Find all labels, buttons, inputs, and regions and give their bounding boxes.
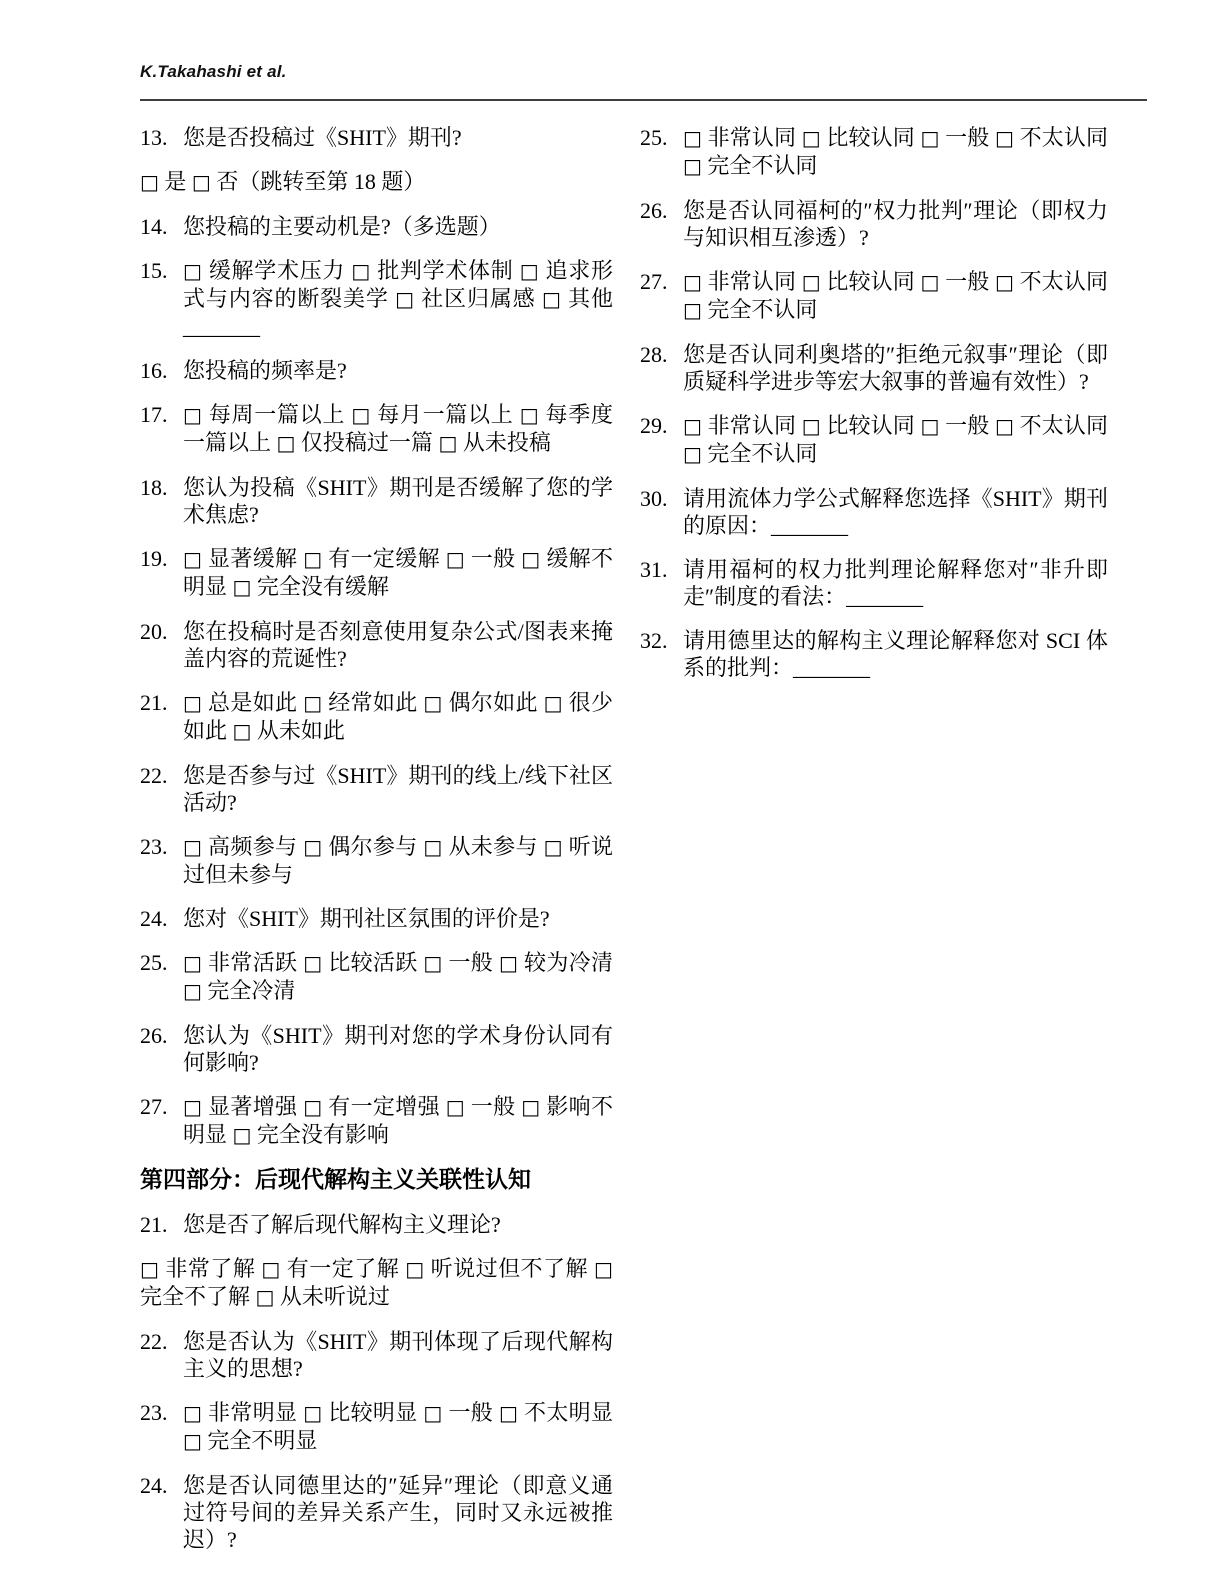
question-text: 您是否认为《SHIT》期刊体现了后现代解构主义的思想?	[183, 1328, 613, 1382]
checkbox-icon: □	[303, 1095, 322, 1119]
question-text: □ 非常认同 □ 比较认同 □ 一般 □ 不太认同 □ 完全不认同	[683, 268, 1108, 324]
question-item: 21.□ 总是如此 □ 经常如此 □ 偶尔如此 □ 很少如此 □ 从未如此	[140, 689, 613, 745]
section-heading-text: 第四部分：后现代解构主义关联性认知	[140, 1166, 613, 1193]
question-text: 您在投稿时是否刻意使用复杂公式/图表来掩盖内容的荒诞性?	[183, 618, 613, 672]
checkbox-icon: □	[499, 951, 518, 975]
question-text: □ 非常活跃 □ 比较活跃 □ 一般 □ 较为冷清 □ 完全冷清	[183, 949, 613, 1005]
section-heading: 第四部分：后现代解构主义关联性认知	[140, 1166, 613, 1193]
checkbox-icon: □	[995, 414, 1014, 438]
question-number: 18.	[140, 474, 183, 528]
question-item: 25.□ 非常认同 □ 比较认同 □ 一般 □ 不太认同 □ 完全不认同	[640, 124, 1108, 180]
question-item: 23.□ 非常明显 □ 比较明显 □ 一般 □ 不太明显 □ 完全不明显	[140, 1399, 613, 1455]
question-text: 您投稿的主要动机是?（多选题）	[183, 213, 613, 240]
question-item: 19.□ 显著缓解 □ 有一定缓解 □ 一般 □ 缓解不明显 □ 完全没有缓解	[140, 545, 613, 601]
checkbox-icon: □	[683, 154, 702, 178]
checkbox-icon: □	[183, 547, 202, 571]
checkbox-icon: □	[920, 126, 939, 150]
checkbox-icon: □	[183, 1401, 202, 1425]
question-number: 19.	[140, 545, 183, 601]
checkbox-icon: □	[183, 259, 203, 283]
question-item: 23.□ 高频参与 □ 偶尔参与 □ 从未参与 □ 听说过但未参与	[140, 833, 613, 888]
question-number: 26.	[640, 197, 683, 251]
checkbox-icon: □	[395, 287, 415, 311]
question-text: 请用德里达的解构主义理论解释您对 SCI 体系的批判：_______	[683, 627, 1108, 681]
question-number: 13.	[140, 124, 183, 151]
question-item: 26.您是否认同福柯的″权力批判″理论（即权力与知识相互渗透）?	[640, 197, 1108, 251]
question-text: □ 非常了解 □ 有一定了解 □ 听说过但不了解 □ 完全不了解 □ 从未听说过	[140, 1255, 613, 1311]
question-text: 您是否投稿过《SHIT》期刊?	[183, 124, 613, 151]
checkbox-icon: □	[183, 691, 202, 715]
question-item: 25.□ 非常活跃 □ 比较活跃 □ 一般 □ 较为冷清 □ 完全冷清	[140, 949, 613, 1005]
question-item: 15.□ 缓解学术压力 □ 批判学术体制 □ 追求形式与内容的断裂美学 □ 社区…	[140, 257, 613, 340]
checkbox-icon: □	[520, 403, 540, 427]
checkbox-icon: □	[183, 1095, 202, 1119]
question-number: 24.	[140, 905, 183, 932]
question-item: 32.请用德里达的解构主义理论解释您对 SCI 体系的批判：_______	[640, 627, 1108, 681]
checkbox-icon: □	[995, 126, 1014, 150]
question-number: 21.	[140, 689, 183, 745]
question-number: 26.	[140, 1022, 183, 1076]
question-item: □ 非常了解 □ 有一定了解 □ 听说过但不了解 □ 完全不了解 □ 从未听说过	[140, 1255, 613, 1311]
question-number: 22.	[140, 762, 183, 816]
question-item: 30.请用流体力学公式解释您选择《SHIT》期刊的原因：_______	[640, 485, 1108, 539]
checkbox-icon: □	[995, 270, 1014, 294]
question-item: 24.您是否认同德里达的″延异″理论（即意义通过符号间的差异关系产生，同时又永远…	[140, 1472, 613, 1553]
question-item: 22.您是否认为《SHIT》期刊体现了后现代解构主义的思想?	[140, 1328, 613, 1382]
checkbox-icon: □	[499, 1401, 518, 1425]
question-item: 16.您投稿的频率是?	[140, 357, 613, 384]
checkbox-icon: □	[351, 259, 371, 283]
checkbox-icon: □	[683, 298, 702, 322]
checkbox-icon: □	[303, 835, 322, 859]
checkbox-icon: □	[683, 126, 702, 150]
checkbox-icon: □	[303, 691, 322, 715]
question-item: 29.□ 非常认同 □ 比较认同 □ 一般 □ 不太认同 □ 完全不认同	[640, 412, 1108, 468]
question-text: 您是否参与过《SHIT》期刊的线上/线下社区活动?	[183, 762, 613, 816]
question-number: 23.	[140, 1399, 183, 1455]
question-item: 31.请用福柯的权力批判理论解释您对″非升即走″制度的看法：_______	[640, 556, 1108, 610]
question-number: 31.	[640, 556, 683, 610]
checkbox-icon: □	[192, 170, 211, 194]
checkbox-icon: □	[423, 1401, 442, 1425]
checkbox-icon: □	[183, 951, 202, 975]
question-text: □ 非常认同 □ 比较认同 □ 一般 □ 不太认同 □ 完全不认同	[683, 412, 1108, 468]
question-text: 您是否认同福柯的″权力批判″理论（即权力与知识相互渗透）?	[683, 197, 1108, 251]
question-text: □ 非常认同 □ 比较认同 □ 一般 □ 不太认同 □ 完全不认同	[683, 124, 1108, 180]
checkbox-icon: □	[140, 170, 159, 194]
question-item: 27.□ 显著增强 □ 有一定增强 □ 一般 □ 影响不明显 □ 完全没有影响	[140, 1093, 613, 1149]
question-text: □ 显著增强 □ 有一定增强 □ 一般 □ 影响不明显 □ 完全没有影响	[183, 1093, 613, 1149]
question-number: 15.	[140, 257, 183, 340]
question-text: 您是否了解后现代解构主义理论?	[183, 1211, 613, 1238]
question-item: 21.您是否了解后现代解构主义理论?	[140, 1211, 613, 1238]
question-text: □ 总是如此 □ 经常如此 □ 偶尔如此 □ 很少如此 □ 从未如此	[183, 689, 613, 745]
checkbox-icon: □	[183, 979, 202, 1003]
checkbox-icon: □	[802, 126, 821, 150]
checkbox-icon: □	[802, 414, 821, 438]
question-item: 22.您是否参与过《SHIT》期刊的线上/线下社区活动?	[140, 762, 613, 816]
checkbox-icon: □	[183, 403, 203, 427]
checkbox-icon: □	[405, 1257, 424, 1281]
question-text: 您对《SHIT》期刊社区氛围的评价是?	[183, 905, 613, 932]
checkbox-icon: □	[256, 1285, 275, 1309]
checkbox-icon: □	[303, 1401, 322, 1425]
question-text: 您认为投稿《SHIT》期刊是否缓解了您的学术焦虑?	[183, 474, 613, 528]
question-text: 请用流体力学公式解释您选择《SHIT》期刊的原因：_______	[683, 485, 1108, 539]
question-item: 20.您在投稿时是否刻意使用复杂公式/图表来掩盖内容的荒诞性?	[140, 618, 613, 672]
question-number: 21.	[140, 1211, 183, 1238]
question-item: □ 是 □ 否（跳转至第 18 题）	[140, 168, 613, 196]
running-header: K.Takahashi et al.	[140, 62, 287, 82]
question-number: 30.	[640, 485, 683, 539]
question-number: 25.	[140, 949, 183, 1005]
question-number: 29.	[640, 412, 683, 468]
checkbox-icon: □	[521, 547, 540, 571]
question-text: □ 缓解学术压力 □ 批判学术体制 □ 追求形式与内容的断裂美学 □ 社区归属感…	[183, 257, 613, 340]
question-number: 27.	[140, 1093, 183, 1149]
checkbox-icon: □	[683, 270, 702, 294]
question-item: 28.您是否认同利奥塔的″拒绝元叙事″理论（即质疑科学进步等宏大叙事的普遍有效性…	[640, 341, 1108, 395]
checkbox-icon: □	[423, 951, 442, 975]
document-page: K.Takahashi et al. 13.您是否投稿过《SHIT》期刊?□ 是…	[0, 0, 1224, 1582]
question-text: 您投稿的频率是?	[183, 357, 613, 384]
checkbox-icon: □	[544, 691, 563, 715]
question-item: 14.您投稿的主要动机是?（多选题）	[140, 213, 613, 240]
checkbox-icon: □	[140, 1257, 159, 1281]
checkbox-icon: □	[544, 835, 563, 859]
question-text: 您是否认同利奥塔的″拒绝元叙事″理论（即质疑科学进步等宏大叙事的普遍有效性）?	[683, 341, 1108, 395]
right-column: 25.□ 非常认同 □ 比较认同 □ 一般 □ 不太认同 □ 完全不认同26.您…	[640, 124, 1108, 698]
checkbox-icon: □	[683, 442, 702, 466]
checkbox-icon: □	[542, 287, 562, 311]
question-item: 17.□ 每周一篇以上 □ 每月一篇以上 □ 每季度一篇以上 □ 仅投稿过一篇 …	[140, 401, 613, 457]
question-text: □ 是 □ 否（跳转至第 18 题）	[140, 168, 613, 196]
checkbox-icon: □	[683, 414, 702, 438]
header-rule	[140, 99, 1147, 101]
question-item: 27.□ 非常认同 □ 比较认同 □ 一般 □ 不太认同 □ 完全不认同	[640, 268, 1108, 324]
question-number: 17.	[140, 401, 183, 457]
question-number: 28.	[640, 341, 683, 395]
question-text: □ 显著缓解 □ 有一定缓解 □ 一般 □ 缓解不明显 □ 完全没有缓解	[183, 545, 613, 601]
question-number: 27.	[640, 268, 683, 324]
question-text: □ 高频参与 □ 偶尔参与 □ 从未参与 □ 听说过但未参与	[183, 833, 613, 888]
question-number: 23.	[140, 833, 183, 888]
checkbox-icon: □	[520, 259, 540, 283]
checkbox-icon: □	[183, 1429, 202, 1453]
checkbox-icon: □	[446, 547, 465, 571]
question-number: 32.	[640, 627, 683, 681]
question-number: 25.	[640, 124, 683, 180]
checkbox-icon: □	[594, 1257, 613, 1281]
question-number: 20.	[140, 618, 183, 672]
checkbox-icon: □	[233, 1123, 252, 1147]
question-number: 24.	[140, 1472, 183, 1553]
question-text: 您认为《SHIT》期刊对您的学术身份认同有何影响?	[183, 1022, 613, 1076]
checkbox-icon: □	[183, 835, 202, 859]
checkbox-icon: □	[802, 270, 821, 294]
checkbox-icon: □	[277, 431, 296, 455]
question-item: 26.您认为《SHIT》期刊对您的学术身份认同有何影响?	[140, 1022, 613, 1076]
question-item: 24.您对《SHIT》期刊社区氛围的评价是?	[140, 905, 613, 932]
checkbox-icon: □	[920, 414, 939, 438]
checkbox-icon: □	[438, 431, 457, 455]
left-column: 13.您是否投稿过《SHIT》期刊?□ 是 □ 否（跳转至第 18 题）14.您…	[140, 124, 613, 1570]
question-text: 请用福柯的权力批判理论解释您对″非升即走″制度的看法：_______	[683, 556, 1108, 610]
question-text: □ 每周一篇以上 □ 每月一篇以上 □ 每季度一篇以上 □ 仅投稿过一篇 □ 从…	[183, 401, 613, 457]
checkbox-icon: □	[920, 270, 939, 294]
question-number: 14.	[140, 213, 183, 240]
checkbox-icon: □	[521, 1095, 540, 1119]
checkbox-icon: □	[303, 547, 322, 571]
question-text: 您是否认同德里达的″延异″理论（即意义通过符号间的差异关系产生，同时又永远被推迟…	[183, 1472, 613, 1553]
checkbox-icon: □	[351, 403, 371, 427]
checkbox-icon: □	[303, 951, 322, 975]
question-number: 22.	[140, 1328, 183, 1382]
question-item: 13.您是否投稿过《SHIT》期刊?	[140, 124, 613, 151]
question-number: 16.	[140, 357, 183, 384]
checkbox-icon: □	[423, 835, 442, 859]
checkbox-icon: □	[446, 1095, 465, 1119]
checkbox-icon: □	[423, 691, 442, 715]
checkbox-icon: □	[233, 575, 252, 599]
checkbox-icon: □	[261, 1257, 280, 1281]
question-item: 18.您认为投稿《SHIT》期刊是否缓解了您的学术焦虑?	[140, 474, 613, 528]
question-text: □ 非常明显 □ 比较明显 □ 一般 □ 不太明显 □ 完全不明显	[183, 1399, 613, 1455]
checkbox-icon: □	[233, 719, 252, 743]
